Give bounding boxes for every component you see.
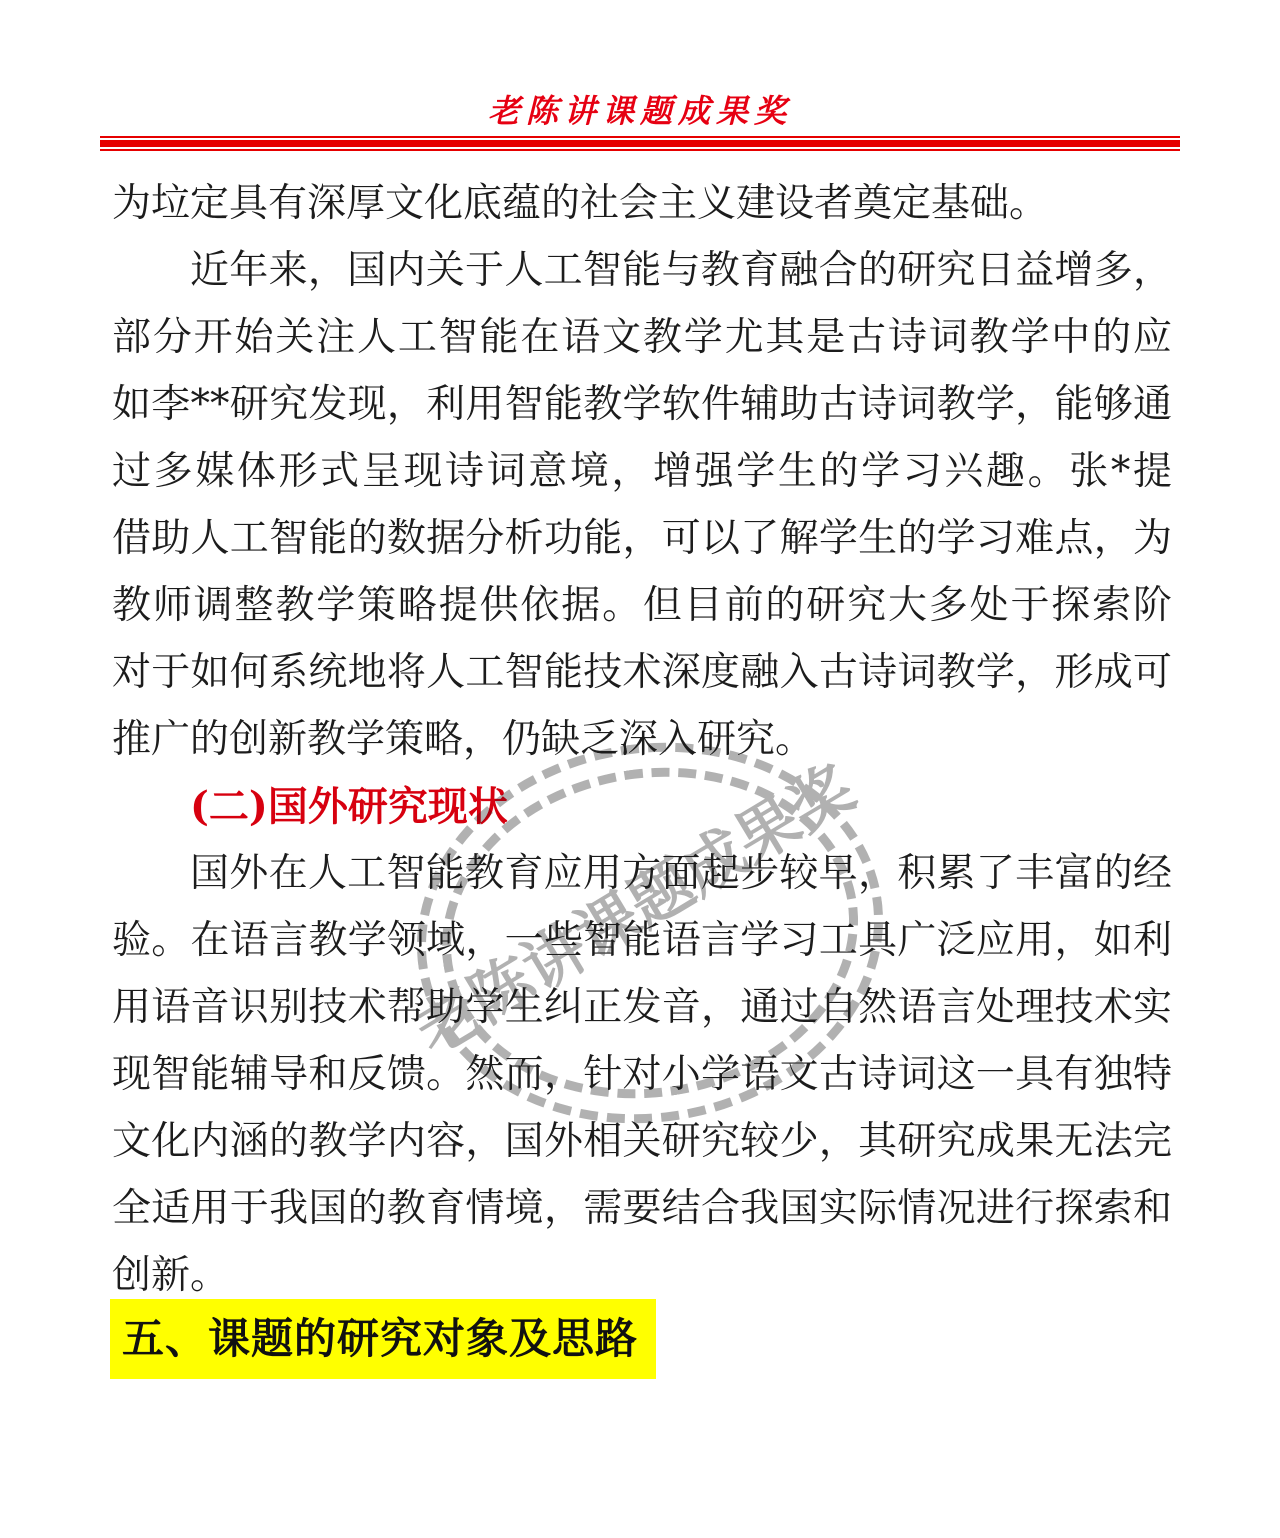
text-line: 文化内涵的教学内容，国外相关研究较少，其研究成果无法完 (112, 1108, 1172, 1175)
text-line: 教师调整教学策略提供依据。但目前的研究大多处于探索阶段， (112, 572, 1172, 639)
subsection-heading: (二)国外研究现状 (112, 773, 1172, 840)
header-divider (100, 136, 1180, 151)
divider-thin-bottom (100, 149, 1180, 151)
text-line: 用语音识别技术帮助学生纠正发音，通过自然语言处理技术实 (112, 974, 1172, 1041)
document-body: 为垃定具有深厚文化底蕴的社会主义建设者奠定基础。近年来，国内关于人工智能与教育融… (112, 170, 1172, 1309)
text-line: 为垃定具有深厚文化底蕴的社会主义建设者奠定基础。 (112, 170, 1172, 237)
text-line: 验。在语言教学领域，一些智能语言学习工具广泛应用，如利 (112, 907, 1172, 974)
section-heading-highlight: 五、课题的研究对象及思路 (110, 1299, 656, 1379)
text-line: 如李**研究发现，利用智能教学软件辅助古诗词教学，能够通 (112, 371, 1172, 438)
text-line: 对于如何系统地将人工智能技术深度融入古诗词教学，形成可 (112, 639, 1172, 706)
brand-title: 老陈讲课题成果奖 (0, 86, 1280, 132)
divider-thick (100, 140, 1180, 147)
text-line: 推广的创新教学策略，仍缺乏深入研究。 (112, 706, 1172, 773)
text-line: 部分开始关注人工智能在语文教学尤其是古诗词教学中的应用。 (112, 304, 1172, 371)
text-line: 过多媒体形式呈现诗词意境，增强学生的学习兴趣。张*提出， (112, 438, 1172, 505)
text-line: 全适用于我国的教育情境，需要结合我国实际情况进行探索和 (112, 1175, 1172, 1242)
text-line: 近年来，国内关于人工智能与教育融合的研究日益增多， (112, 237, 1172, 304)
text-line: 现智能辅导和反馈。然而，针对小学语文古诗词这一具有独特 (112, 1041, 1172, 1108)
text-line: 国外在人工智能教育应用方面起步较早，积累了丰富的经 (112, 840, 1172, 907)
text-line: 借助人工智能的数据分析功能，可以了解学生的学习难点，为 (112, 505, 1172, 572)
document-page: 老陈讲课题成果奖 为垃定具有深厚文化底蕴的社会主义建设者奠定基础。近年来，国内关… (0, 0, 1280, 1538)
